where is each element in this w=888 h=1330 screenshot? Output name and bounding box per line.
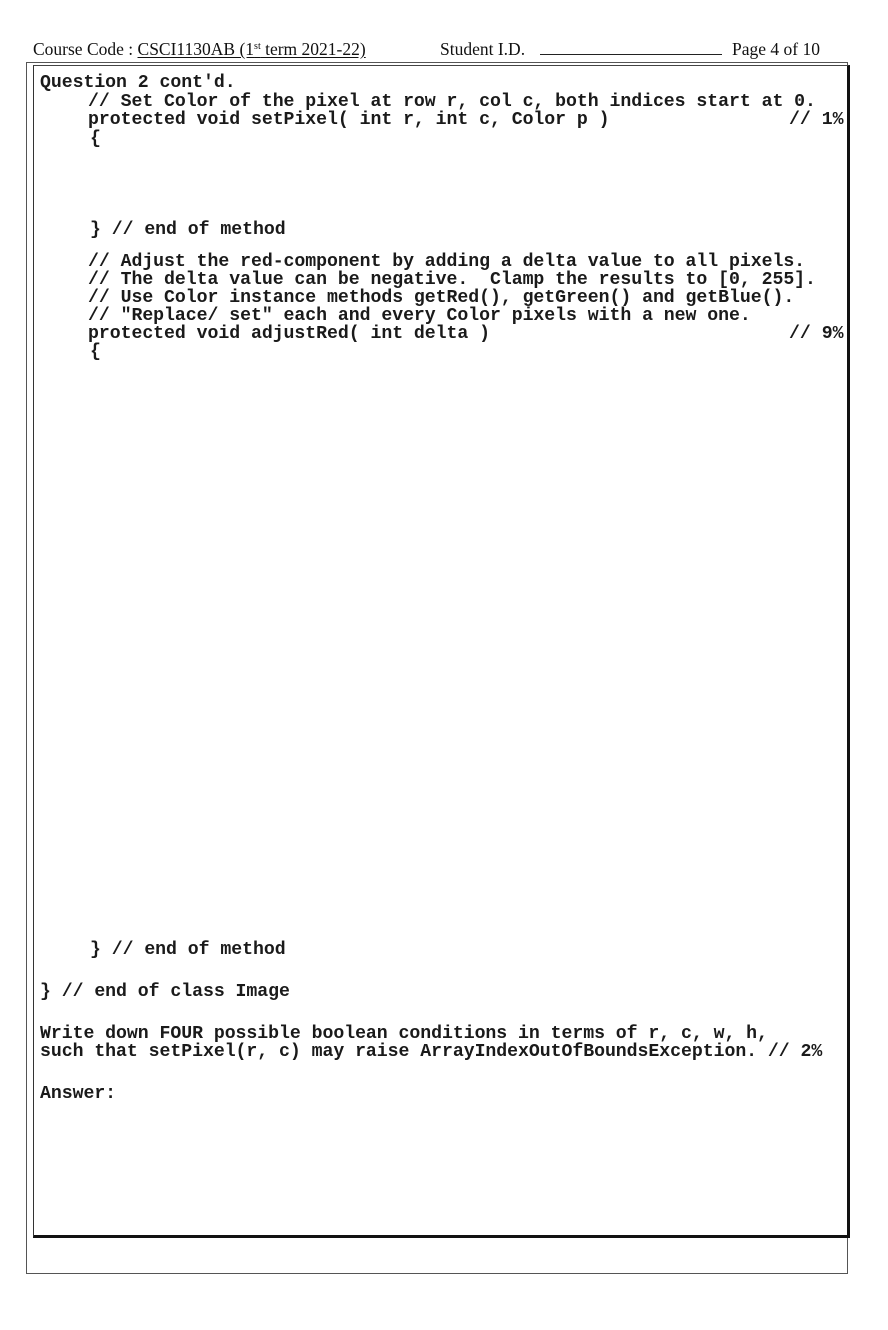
course-label: Course Code : [33, 39, 138, 59]
adjustred-open-brace: { [90, 343, 101, 361]
question-title: Question 2 cont'd. [40, 74, 236, 92]
adjustred-comment-1: // Adjust the red-component by adding a … [88, 253, 805, 271]
student-id-label: Student I.D. [440, 39, 525, 60]
class-end: } // end of class Image [40, 983, 290, 1001]
adjustred-comment-4: // "Replace/ set" each and every Color p… [88, 307, 751, 325]
adjustred-marks: // 9% [789, 325, 844, 343]
setpixel-comment: // Set Color of the pixel at row r, col … [88, 93, 816, 111]
answer-label: Answer: [40, 1085, 116, 1103]
setpixel-marks: // 1% [789, 111, 844, 129]
student-id-field[interactable] [540, 39, 722, 55]
adjustred-signature: protected void adjustRed( int delta ) [88, 325, 490, 343]
adjustred-close: } // end of method [90, 941, 286, 959]
course-code: CSCI1130AB (1st term 2021-22) [138, 39, 366, 59]
setpixel-open-brace: { [90, 130, 101, 148]
setpixel-signature: protected void setPixel( int r, int c, C… [88, 111, 610, 129]
answer-area[interactable] [40, 1106, 830, 1226]
term-ordinal: st [254, 41, 261, 52]
adjustred-answer-area[interactable] [88, 363, 828, 933]
adjustred-comment-3: // Use Color instance methods getRed(), … [88, 289, 794, 307]
setpixel-close: } // end of method [90, 221, 286, 239]
setpixel-answer-area[interactable] [88, 150, 828, 220]
adjustred-comment-2: // The delta value can be negative. Clam… [88, 271, 816, 289]
subquestion-line-1: Write down FOUR possible boolean conditi… [40, 1025, 768, 1043]
subquestion-line-2: such that setPixel(r, c) may raise Array… [40, 1043, 822, 1061]
page-number: Page 4 of 10 [732, 39, 820, 60]
course-code-line: Course Code : CSCI1130AB (1st term 2021-… [33, 39, 366, 60]
